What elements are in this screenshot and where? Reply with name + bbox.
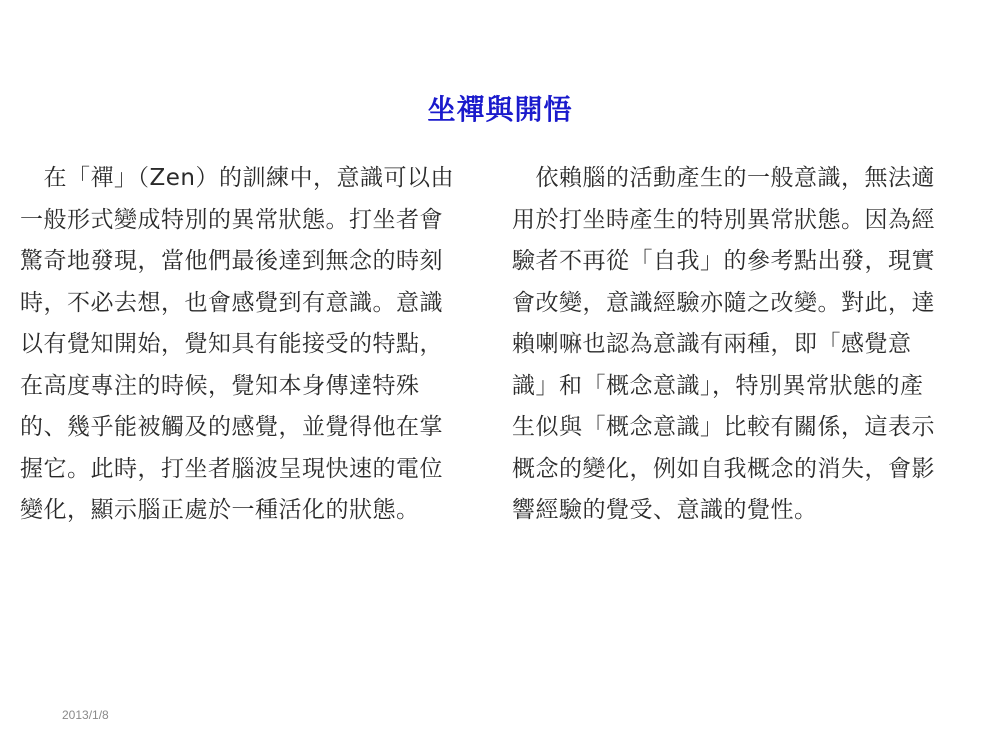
text-line: 用於打坐時產生的特別異常狀態。因為經 <box>512 200 982 242</box>
slide-title: 坐禪與開悟 <box>0 92 1000 128</box>
text-line: 在「禪」（Zen）的訓練中，意識可以由 <box>20 158 490 200</box>
text-line: 賴喇嘛也認為意識有兩種，即「感覺意 <box>512 324 982 366</box>
text-line: 驚奇地發現，當他們最後達到無念的時刻 <box>20 241 490 283</box>
text-line: 變化，顯示腦正處於一種活化的狀態。 <box>20 490 490 532</box>
text-line: 以有覺知開始，覺知具有能接受的特點， <box>20 324 490 366</box>
left-text-column: 在「禪」（Zen）的訓練中，意識可以由 一般形式變成特別的異常狀態。打坐者會 驚… <box>20 158 490 532</box>
text-line: 的、幾乎能被觸及的感覺，並覺得他在掌 <box>20 407 490 449</box>
text-line: 識」和「概念意識」，特別異常狀態的產 <box>512 366 982 408</box>
text-line: 時，不必去想，也會感覺到有意識。意識 <box>20 283 490 325</box>
text-line: 在高度專注的時候，覺知本身傳達特殊 <box>20 366 490 408</box>
slide: 坐禪與開悟 在「禪」（Zen）的訓練中，意識可以由 一般形式變成特別的異常狀態。… <box>0 0 1000 750</box>
text-line: 會改變，意識經驗亦隨之改變。對此，達 <box>512 283 982 325</box>
text-line: 依賴腦的活動產生的一般意識，無法適 <box>512 158 982 200</box>
text-line: 概念的變化，例如自我概念的消失，會影 <box>512 449 982 491</box>
text-line: 響經驗的覺受、意識的覺性。 <box>512 490 982 532</box>
text-line: 一般形式變成特別的異常狀態。打坐者會 <box>20 200 490 242</box>
footer-date: 2013/1/8 <box>62 708 109 722</box>
text-line: 握它。此時，打坐者腦波呈現快速的電位 <box>20 449 490 491</box>
right-text-column: 依賴腦的活動產生的一般意識，無法適 用於打坐時產生的特別異常狀態。因為經 驗者不… <box>512 158 982 532</box>
text-line: 生似與「概念意識」比較有關係，這表示 <box>512 407 982 449</box>
text-line: 驗者不再從「自我」的參考點出發，現實 <box>512 241 982 283</box>
